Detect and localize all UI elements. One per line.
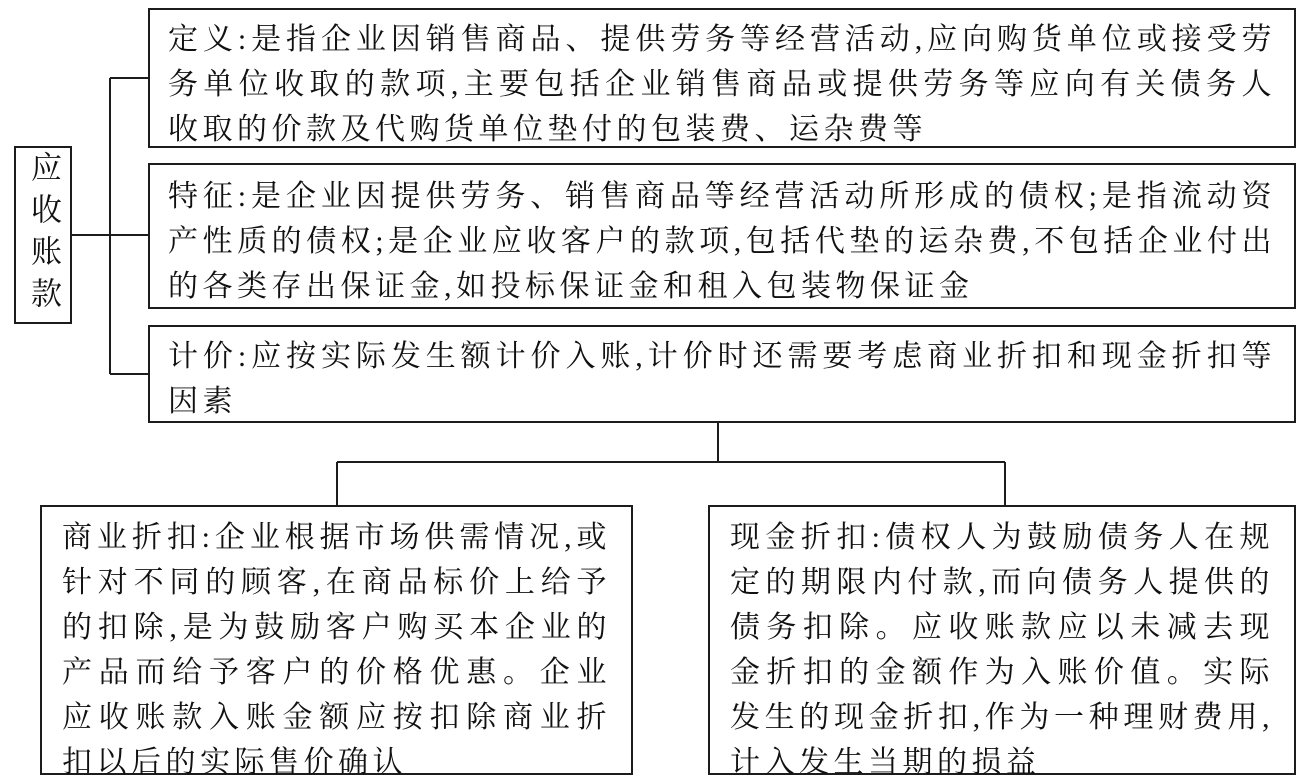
root-node-accounts-receivable: 应收账款 bbox=[14, 146, 72, 324]
trade-discount-text: 商业折扣:企业根据市场供需情况,或针对不同的顾客,在商品标价上给予的扣除,是为鼓… bbox=[62, 521, 611, 777]
valuation-text: 计价:应按实际发生额计价入账,计价时还需要考虑商业折扣和现金折扣等因素 bbox=[168, 340, 1276, 418]
definition-text: 定义:是指企业因销售商品、提供劳务等经营活动,应向购货单位或接受劳务单位收取的款… bbox=[168, 23, 1276, 146]
cash-discount-box: 现金折扣:债权人为鼓励债务人在规定的期限内付款,而向债务人提供的债务扣除。应收账… bbox=[708, 505, 1296, 775]
root-node-label: 应收账款 bbox=[14, 151, 72, 319]
diagram-canvas: 应收账款 定义:是指企业因销售商品、提供劳务等经营活动,应向购货单位或接受劳务单… bbox=[0, 0, 1303, 777]
trade-discount-box: 商业折扣:企业根据市场供需情况,或针对不同的顾客,在商品标价上给予的扣除,是为鼓… bbox=[40, 505, 633, 775]
valuation-box: 计价:应按实际发生额计价入账,计价时还需要考虑商业折扣和现金折扣等因素 bbox=[148, 325, 1296, 423]
characteristics-text: 特征:是企业因提供劳务、销售商品等经营活动所形成的债权;是指流动资产性质的债权;… bbox=[168, 180, 1276, 303]
characteristics-box: 特征:是企业因提供劳务、销售商品等经营活动所形成的债权;是指流动资产性质的债权;… bbox=[148, 163, 1296, 309]
cash-discount-text: 现金折扣:债权人为鼓励债务人在规定的期限内付款,而向债务人提供的债务扣除。应收账… bbox=[730, 521, 1274, 777]
definition-box: 定义:是指企业因销售商品、提供劳务等经营活动,应向购货单位或接受劳务单位收取的款… bbox=[148, 8, 1296, 148]
